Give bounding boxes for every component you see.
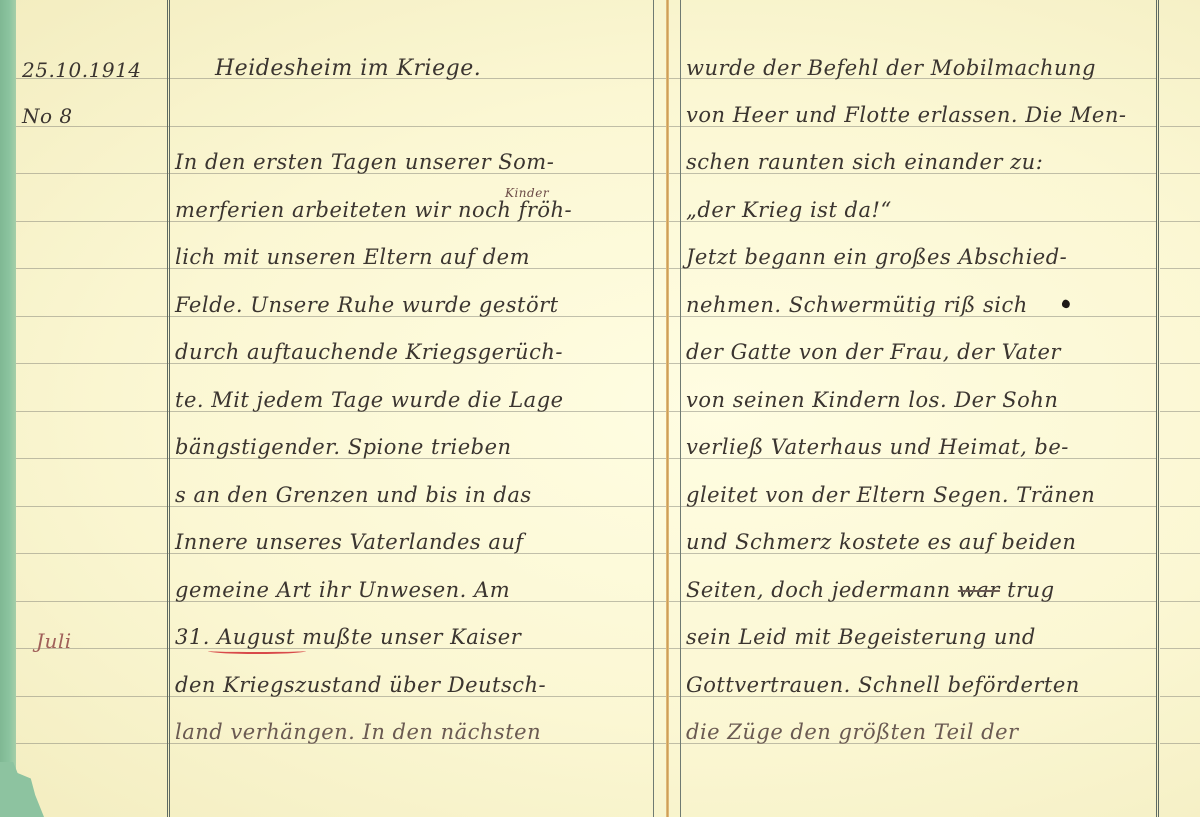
page-fold (666, 0, 669, 817)
right-line-12: Seiten, doch jedermann war trug (686, 578, 1055, 602)
right-margin-rule (1156, 0, 1159, 817)
right-line-2: von Heer und Flotte erlassen. Die Men- (686, 103, 1126, 127)
ruled-line-outer (1160, 363, 1200, 364)
ruled-line-outer (1160, 173, 1200, 174)
left-line-13: land verhängen. In den nächsten (175, 720, 541, 744)
right-page-left-rule (680, 0, 681, 817)
right-line-11: und Schmerz kostete es auf beiden (686, 530, 1076, 554)
ruled-line-outer (1160, 458, 1200, 459)
right-line-8: von seinen Kindern los. Der Sohn (686, 388, 1058, 412)
left-line-4: Felde. Unsere Ruhe wurde gestört (175, 293, 559, 317)
ruled-line-outer (1160, 553, 1200, 554)
ruled-line-outer (1160, 411, 1200, 412)
right-line-1: wurde der Befehl der Mobilmachung (686, 56, 1096, 80)
margin-note-month: Juli (36, 629, 72, 653)
left-line-9: Innere unseres Vaterlandes auf (175, 530, 524, 554)
left-line-2: merferien arbeiteten wir noch fröh- (175, 198, 572, 222)
right-line-13: sein Leid mit Begeisterung und (686, 625, 1036, 649)
left-line-5: durch auftauchende Kriegsgerüch- (175, 340, 563, 364)
left-line-8: s an den Grenzen und bis in das (175, 483, 532, 507)
right-line-14: Gottvertrauen. Schnell beförderten (686, 673, 1080, 697)
left-line-12: den Kriegszustand über Deutsch- (175, 673, 546, 697)
left-margin-rule (167, 0, 170, 817)
right-line-6: nehmen. Schwermütig riß sich (686, 293, 1028, 317)
ruled-line-outer (1160, 78, 1200, 79)
ruled-line-outer (1160, 648, 1200, 649)
left-line-7: bängstigender. Spione trieben (175, 435, 512, 459)
right-line-12-after: trug (1007, 578, 1054, 602)
left-line-6: te. Mit jedem Tage wurde die Lage (175, 388, 564, 412)
left-line-1: In den ersten Tagen unserer Som- (175, 150, 554, 174)
left-page-right-rule (653, 0, 654, 817)
left-line-3: lich mit unseren Eltern auf dem (175, 245, 530, 269)
entry-date: 25.10.1914 (22, 58, 142, 82)
struck-word: war (958, 578, 1000, 602)
ruled-line-outer (1160, 268, 1200, 269)
entry-number: No 8 (22, 104, 73, 128)
ruled-line-outer (1160, 126, 1200, 127)
ruled-line-outer (1160, 316, 1200, 317)
ruled-line-outer (1160, 601, 1200, 602)
ruled-line-outer (1160, 743, 1200, 744)
left-line-10: gemeine Art ihr Unwesen. Am (175, 578, 510, 602)
red-wavy-underline (208, 648, 306, 654)
green-cover-edge (0, 0, 16, 817)
right-line-9: verließ Vaterhaus und Heimat, be- (686, 435, 1069, 459)
ruled-line-outer (1160, 221, 1200, 222)
ruled-line-outer (1160, 506, 1200, 507)
right-line-12-text: Seiten, doch jedermann (686, 578, 951, 602)
right-line-5: Jetzt begann ein großes Abschied- (686, 245, 1067, 269)
right-line-3: schen raunten sich einander zu: (686, 150, 1043, 174)
right-line-15: die Züge den größten Teil der (686, 720, 1019, 744)
right-line-7: der Gatte von der Frau, der Vater (686, 340, 1061, 364)
left-line-11: 31. August mußte unser Kaiser (175, 625, 521, 649)
right-line-4: „der Krieg ist da!“ (686, 198, 892, 222)
essay-title: Heidesheim im Kriege. (215, 56, 481, 81)
right-line-10: gleitet von der Eltern Segen. Tränen (686, 483, 1095, 507)
ruled-line-outer (1160, 696, 1200, 697)
